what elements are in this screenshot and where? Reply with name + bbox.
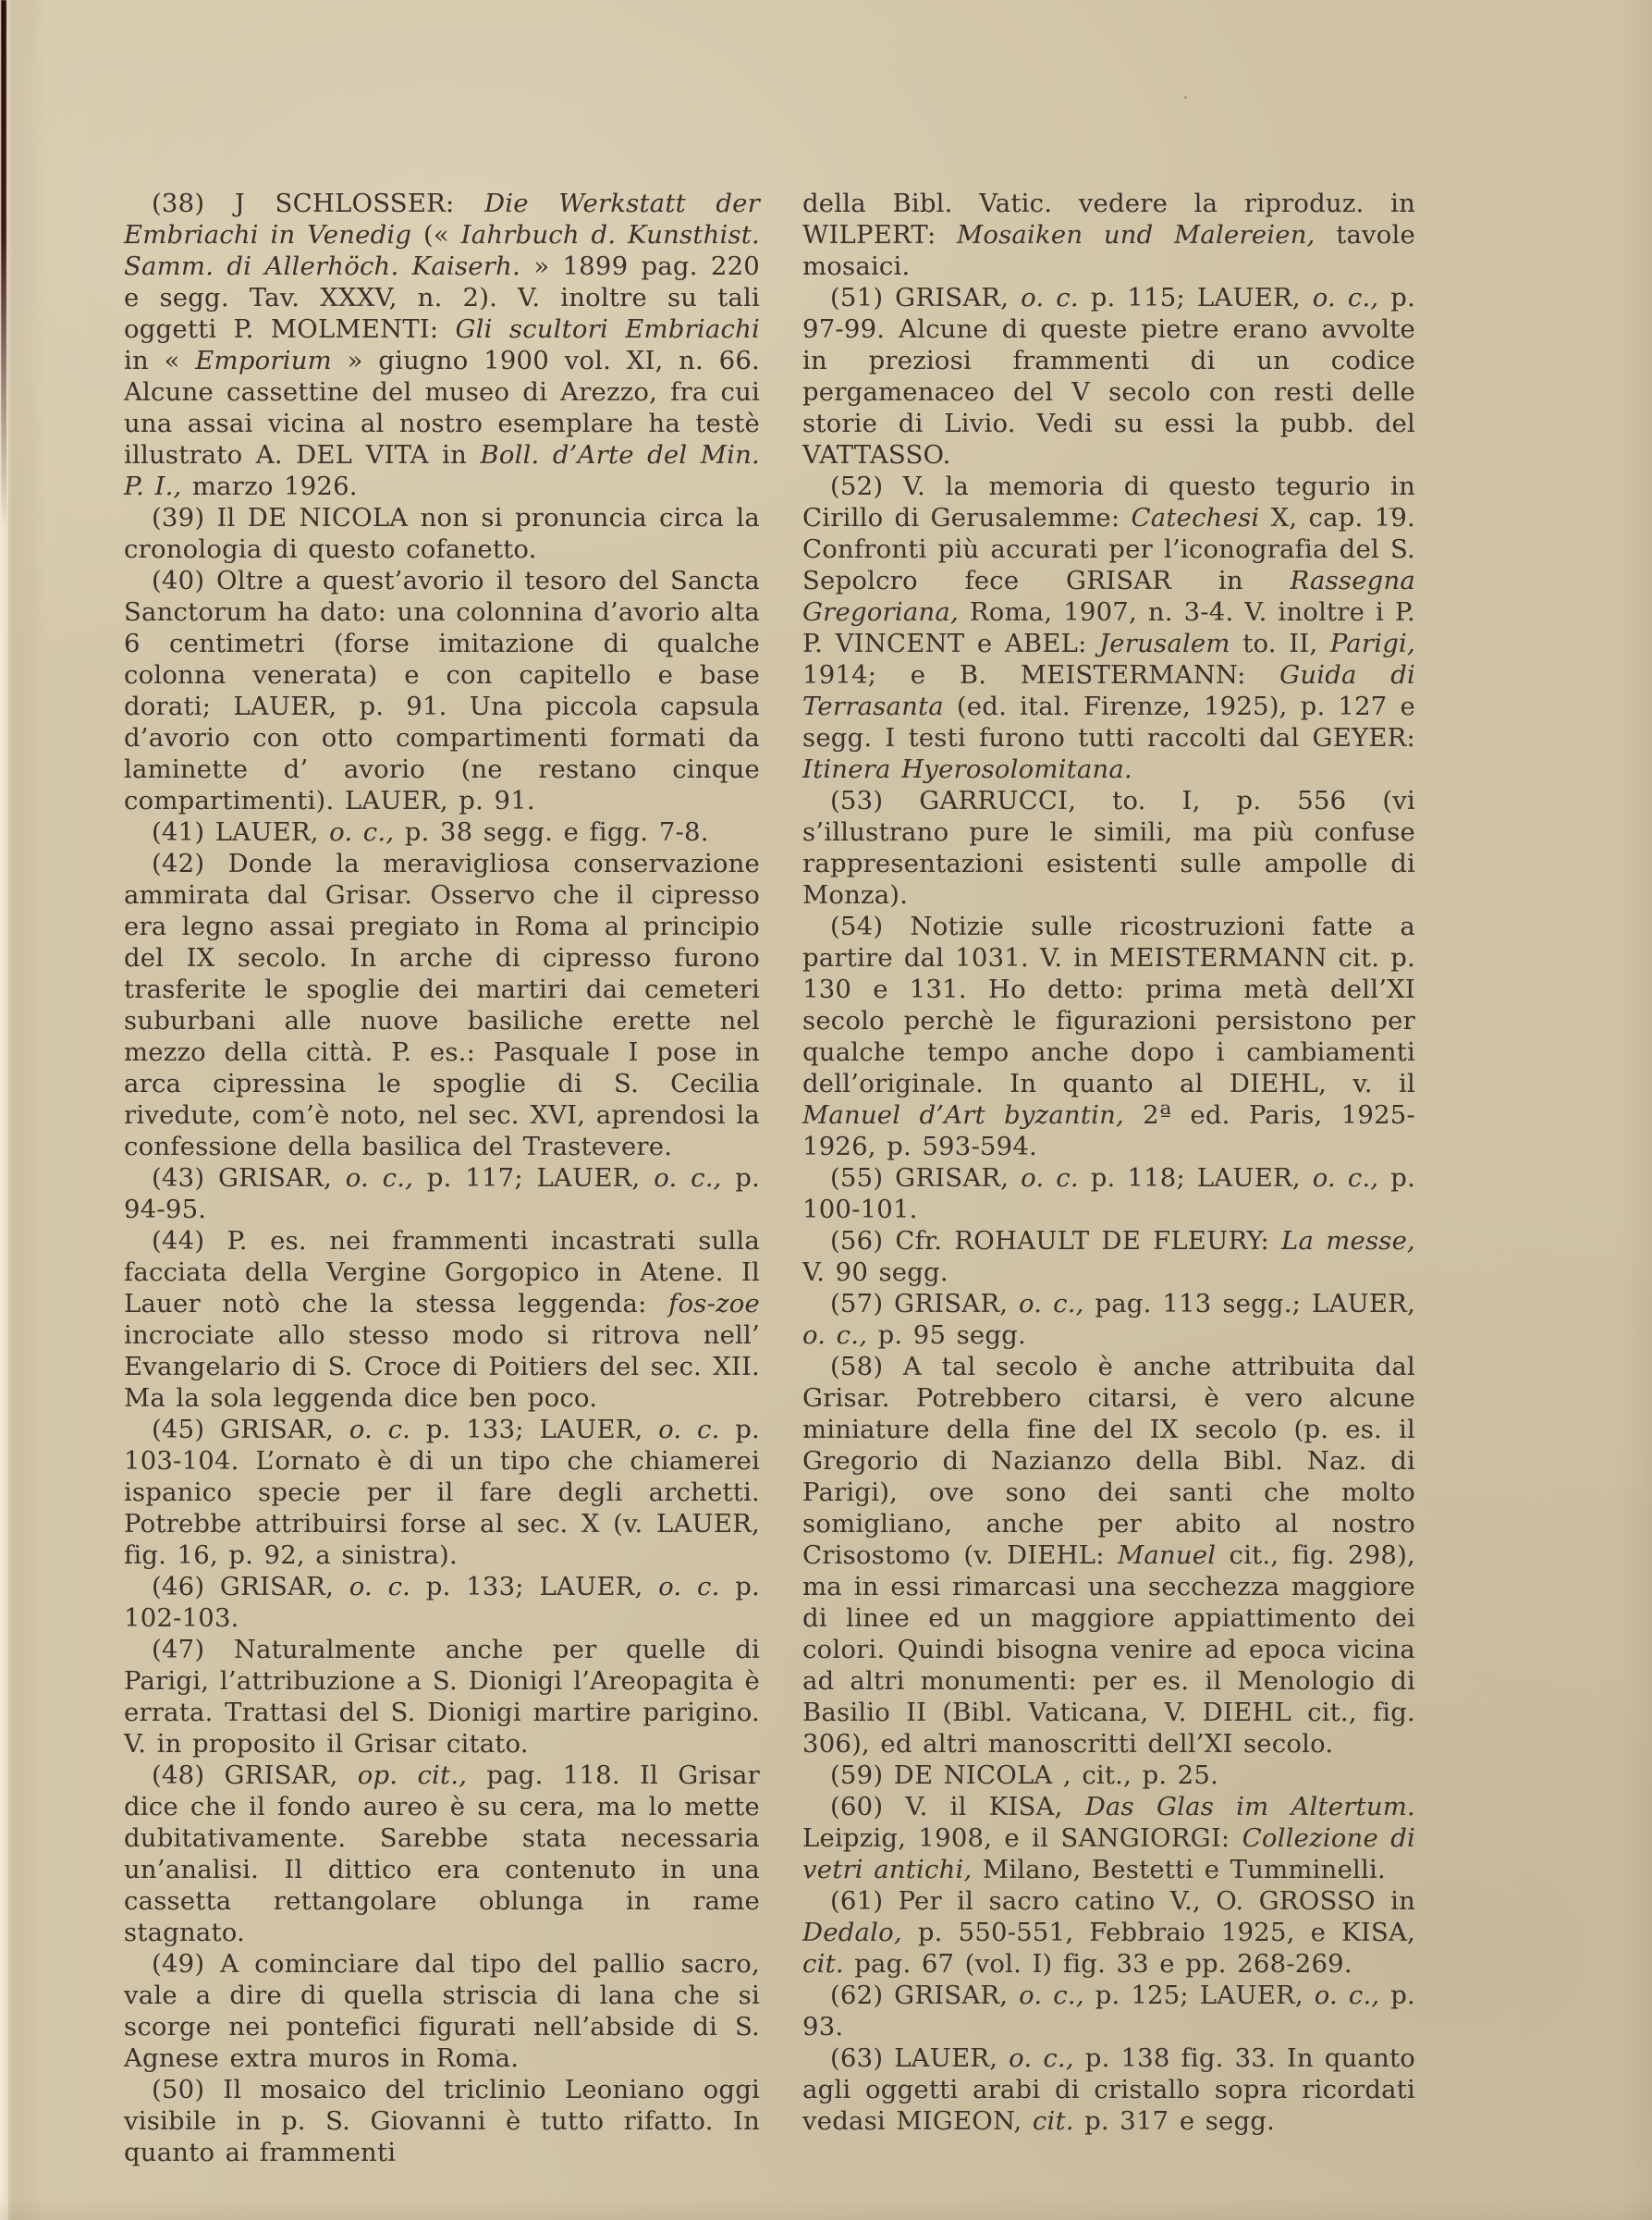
footnote: (62) GRISAR, o. c., p. 125; LAUER, o. c.… (802, 1980, 1415, 2042)
page-gutter-shadow (8, 0, 45, 2220)
footnote: (57) GRISAR, o. c., pag. 113 segg.; LAUE… (802, 1288, 1415, 1351)
footnote-text: pag. 113 segg.; LAUER, (1084, 1289, 1415, 1319)
footnote-text: p. 115; LAUER, (1079, 283, 1313, 313)
footnote-title-italic: o. c. (349, 1572, 410, 1601)
footnote-text: (46) GRISAR, (152, 1572, 349, 1601)
footnote-title-italic: Itinera Hyerosolomitana. (802, 754, 1132, 784)
footnote-text: (62) GRISAR, (830, 1981, 1019, 2010)
footnote: (46) GRISAR, o. c. p. 133; LAUER, o. c. … (124, 1571, 760, 1634)
footnote-text: (53) GARRUCCI, to. I, p. 556 (vi s’illus… (802, 786, 1415, 910)
footnote-text: Milano, Bestetti e Tumminelli. (972, 1855, 1386, 1884)
footnote-text: V. 90 segg. (802, 1257, 948, 1287)
footnote-text: to. II, (1230, 629, 1330, 658)
footnote-title-italic: o. c., (346, 1163, 413, 1193)
footnote-title-italic: o. c. (1021, 1163, 1079, 1193)
footnote-text: (58) A tal secolo è anche attribuita dal… (802, 1352, 1415, 1570)
footnote-title-italic: o. c. (349, 1415, 410, 1444)
footnote: (38) J SCHLOSSER: Die Werkstatt der Embr… (124, 188, 760, 502)
footnote-title-italic: o. c., (1019, 1981, 1084, 2010)
footnote-text: (44) P. es. nei frammenti incastrati sul… (124, 1226, 760, 1319)
footnote-title-italic: Manuel (1118, 1540, 1216, 1570)
footnote-title-italic: o. c., (1019, 1289, 1084, 1319)
footnote: (41) LAUER, o. c., p. 38 segg. e figg. 7… (124, 816, 760, 848)
footnote: (52) V. la memoria di questo tegurio in … (802, 471, 1415, 785)
footnote-title-italic: cit. (802, 1949, 844, 1979)
footnote-text: (55) GRISAR, (830, 1163, 1021, 1193)
footnote: (61) Per il sacro catino V., O. GROSSO i… (802, 1885, 1415, 1980)
footnote-title-italic: Das Glas im Altertum. (1085, 1792, 1415, 1821)
footnote-text: incrociate allo stesso modo si ritrova n… (124, 1320, 760, 1413)
footnote-text: Leipzig, 1908, e il SANGIORGI: (802, 1823, 1242, 1853)
footnote: (45) GRISAR, o. c. p. 133; LAUER, o. c. … (124, 1414, 760, 1571)
footnote-text: p. 133; LAUER, (410, 1415, 658, 1444)
footnote-title-italic: cit. (1033, 2106, 1074, 2136)
footnote: (40) Oltre a quest’avorio il tesoro del … (124, 565, 760, 816)
footnote: (60) V. il KISA, Das Glas im Altertum. L… (802, 1791, 1415, 1885)
footnote-title-italic: o. c., (802, 1320, 867, 1350)
footnote-title-italic: Emporium (195, 346, 332, 375)
footnote: (56) Cfr. ROHAULT DE FLEURY: La messe, V… (802, 1225, 1415, 1288)
footnote: (42) Donde la meravigliosa conservazione… (124, 848, 760, 1162)
footnote-title-italic: o. c., (1009, 2043, 1074, 2073)
footnote-text: (43) GRISAR, (152, 1163, 346, 1193)
footnotes-column-left: (38) J SCHLOSSER: Die Werkstatt der Embr… (124, 188, 760, 2168)
footnote: (48) GRISAR, op. cit., pag. 118. Il Gris… (124, 1760, 760, 1948)
footnote-text: (51) GRISAR, (830, 283, 1021, 313)
footnote-text: cit., fig. 298), ma in essi rimarcasi un… (802, 1540, 1415, 1759)
footnote-text: (40) Oltre a quest’avorio il tesoro del … (124, 566, 760, 816)
footnote-text: (63) LAUER, (830, 2043, 1009, 2073)
footnote: (49) A cominciare dal tipo del pallio sa… (124, 1948, 760, 2074)
footnote-title-italic: o. c., (1313, 1163, 1379, 1193)
footnote-text: (41) LAUER, (152, 817, 329, 847)
footnote-text: (48) GRISAR, (152, 1760, 358, 1790)
footnote-text: p. 118; LAUER, (1079, 1163, 1313, 1193)
footnote-text: (61) Per il sacro catino V., O. GROSSO i… (830, 1886, 1415, 1916)
footnote: (63) LAUER, o. c., p. 138 fig. 33. In qu… (802, 2042, 1415, 2137)
footnotes-column-right: della Bibl. Vatic. vedere la riproduz. i… (802, 188, 1415, 2137)
footnote-text: (47) Naturalmente anche per quelle di Pa… (124, 1635, 760, 1759)
footnote-text: (38) J SCHLOSSER: (152, 189, 484, 218)
footnote-text: p. 117; LAUER, (413, 1163, 654, 1193)
footnote-text: p. 133; LAUER, (410, 1572, 658, 1601)
book-page: (38) J SCHLOSSER: Die Werkstatt der Embr… (0, 0, 1652, 2220)
footnote-text: p. 125; LAUER, (1084, 1981, 1315, 2010)
footnote-title-italic: o. c. (658, 1415, 719, 1444)
footnote-title-italic: Jerusalem (1099, 629, 1230, 658)
footnote: (51) GRISAR, o. c. p. 115; LAUER, o. c.,… (802, 282, 1415, 471)
footnote-text: in « (124, 346, 195, 375)
footnote: (59) DE NICOLA , cit., p. 25. (802, 1760, 1415, 1791)
footnote-text: (39) Il DE NICOLA non si pronuncia circa… (124, 503, 760, 564)
footnote-title-italic: La messe, (1281, 1226, 1415, 1256)
footnote-text: p. 317 e segg. (1074, 2106, 1275, 2136)
footnote-title-italic: Dedalo, (802, 1918, 902, 1947)
footnote: (44) P. es. nei frammenti incastrati sul… (124, 1225, 760, 1414)
footnote-text: (45) GRISAR, (152, 1415, 349, 1444)
footnote: (53) GARRUCCI, to. I, p. 556 (vi s’illus… (802, 785, 1415, 911)
paper-speck (1184, 96, 1187, 99)
footnote: della Bibl. Vatic. vedere la riproduz. i… (802, 188, 1415, 282)
footnote-text: (57) GRISAR, (830, 1289, 1019, 1319)
footnote-text: (« (411, 220, 460, 250)
footnote-text: (59) DE NICOLA , cit., p. 25. (830, 1760, 1218, 1790)
footnote-text: (42) Donde la meravigliosa conservazione… (124, 849, 760, 1161)
footnote-title-italic: Catechesi (1132, 503, 1260, 533)
footnote: (50) Il mosaico del triclinio Leoniano o… (124, 2074, 760, 2168)
footnote-text: (49) A cominciare dal tipo del pallio sa… (124, 1949, 760, 2073)
footnote-text: p. 550-551, Febbraio 1925, e KISA, (902, 1918, 1415, 1947)
footnote: (43) GRISAR, o. c., p. 117; LAUER, o. c.… (124, 1162, 760, 1225)
footnote: (39) Il DE NICOLA non si pronuncia circa… (124, 502, 760, 565)
footnote-text: 1914; e B. MEISTERMANN: (802, 660, 1279, 690)
footnote-title-italic: Manuel d’Art byzantin, (802, 1100, 1124, 1130)
footnote-title-italic: Mosaiken und Malereien, (957, 220, 1315, 250)
footnote-title-italic: o. c. (658, 1572, 719, 1601)
footnote-title-italic: Parigi, (1330, 629, 1415, 658)
page-bottom-edge-shadow (0, 2196, 1652, 2220)
footnote-text: p. 95 segg. (867, 1320, 1026, 1350)
footnote-title-italic: op. cit., (358, 1760, 467, 1790)
footnote-title-italic: Gli scultori Embriachi (456, 314, 761, 344)
page-spine-shadow (1, 0, 6, 527)
page-right-edge-shadow (1621, 0, 1652, 2220)
footnote: (58) A tal secolo è anche attribuita dal… (802, 1351, 1415, 1760)
footnote: (55) GRISAR, o. c. p. 118; LAUER, o. c.,… (802, 1162, 1415, 1225)
footnote-title-italic: o. c. (1021, 283, 1079, 313)
footnote-text: pag. 67 (vol. I) fig. 33 e pp. 268-269. (844, 1949, 1352, 1979)
footnote-text: (54) Notizie sulle ricostruzioni fatte a… (802, 912, 1415, 1098)
footnote-title-italic: o. c., (654, 1163, 721, 1193)
footnote-title-italic: fos-zoe (668, 1289, 760, 1319)
footnote-text: (56) Cfr. ROHAULT DE FLEURY: (830, 1226, 1281, 1256)
footnote-title-italic: o. c., (329, 817, 394, 847)
footnote-text: p. 38 segg. e figg. 7-8. (394, 817, 708, 847)
footnote: (47) Naturalmente anche per quelle di Pa… (124, 1634, 760, 1760)
footnote-title-italic: o. c., (1313, 283, 1379, 313)
footnote-text: (50) Il mosaico del triclinio Leoniano o… (124, 2075, 760, 2167)
footnote-title-italic: o. c., (1315, 1981, 1380, 2010)
footnote: (54) Notizie sulle ricostruzioni fatte a… (802, 911, 1415, 1162)
footnote-text: (60) V. il KISA, (830, 1792, 1085, 1821)
footnote-text: marzo 1926. (181, 472, 357, 501)
